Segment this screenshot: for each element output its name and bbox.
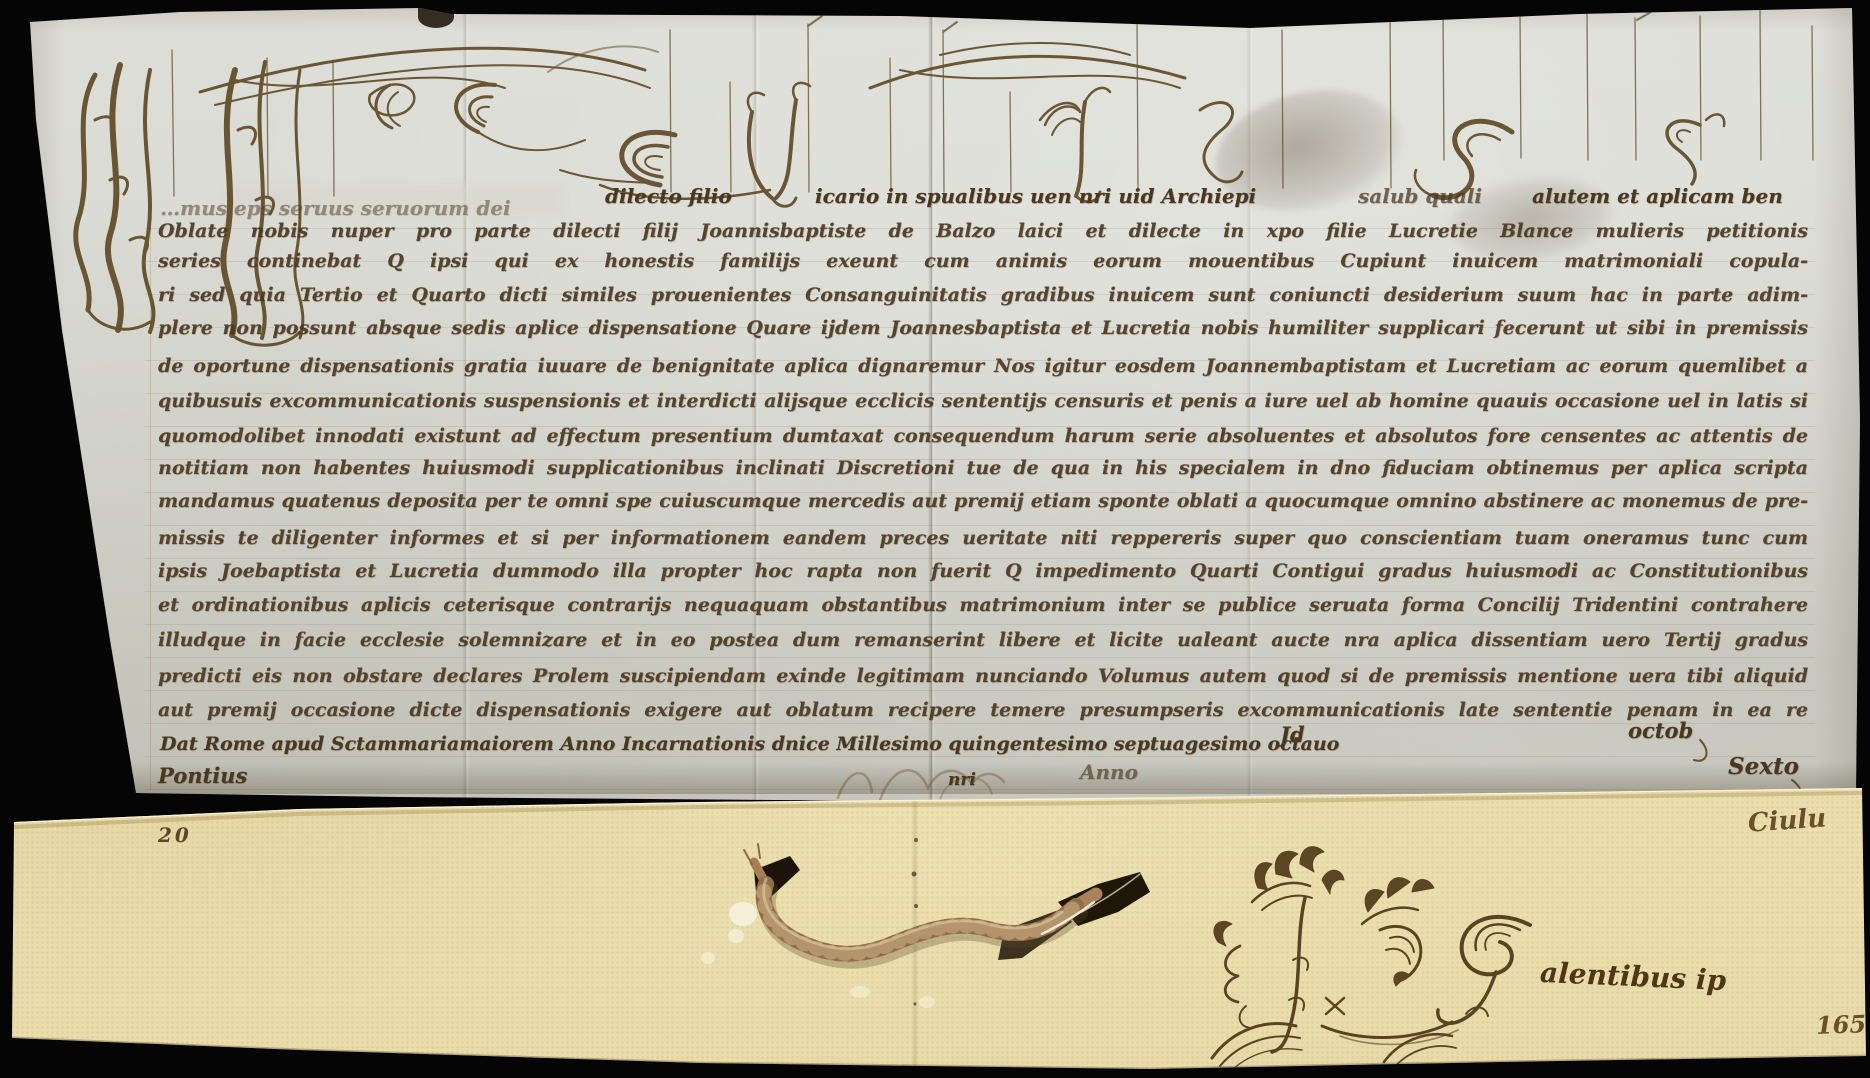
address-continuation-text: icario in spualibus uen nri uid Archiepi: [815, 184, 1256, 208]
plica-annotation-number-left: 20: [158, 823, 192, 847]
day-numeral: Jd: [1280, 722, 1305, 747]
plica-annotation-name: Ciulu: [1747, 803, 1827, 838]
body-line: predicti eis non obstare declares Prolem…: [158, 665, 1808, 689]
plica-crease: [912, 790, 918, 1078]
month-text: octob: [1628, 718, 1693, 743]
body-line: et ordinationibus aplicis ceterisque con…: [158, 594, 1808, 618]
body-line: ri sed quia Tertio et Quarto dicti simil…: [158, 284, 1808, 308]
fold-shadow: [120, 762, 1870, 794]
body-line: series continebat Q ipsi qui ex honestis…: [158, 250, 1808, 274]
salutation-lead-text: salub quali: [1358, 184, 1482, 208]
dating-clause: Dat Rome apud Sctammariamaiorem Anno Inc…: [160, 733, 1339, 755]
body-line: Oblate nobis nuper pro parte dilecti fil…: [158, 220, 1808, 244]
body-line: quibusuis excommunicationis suspensionis…: [158, 390, 1808, 414]
body-line: de oportune dispensationis gratia iuuare…: [158, 355, 1808, 379]
intitulatio-text: …mus eps seruus seruorum dei: [160, 196, 511, 220]
body-line: quomodolibet innodati existunt ad effect…: [158, 425, 1808, 449]
address-text: dilecto filio: [605, 184, 732, 208]
archive-number: 165: [1816, 1009, 1867, 1040]
body-line: ipsis Joebaptista et Lucretia dummodo il…: [158, 560, 1808, 584]
photograph-backdrop: …mus eps seruus seruorum dei dilecto fil…: [0, 0, 1870, 1078]
body-line: missis te diligenter informes et si per …: [158, 527, 1808, 551]
edge-specks: [34, 232, 39, 237]
salutation-text: alutem et aplicam ben: [1532, 184, 1783, 208]
body-line: aut premij occasione dicte dispensationi…: [158, 699, 1808, 723]
body-line: plere non possunt absque sedis aplice di…: [158, 317, 1808, 341]
body-line: notitiam non habentes huiusmodi supplica…: [158, 457, 1808, 481]
body-line: mandamus quatenus deposita per te omni s…: [158, 490, 1808, 514]
body-line: illudque in facie ecclesie solemnizare e…: [158, 629, 1808, 653]
